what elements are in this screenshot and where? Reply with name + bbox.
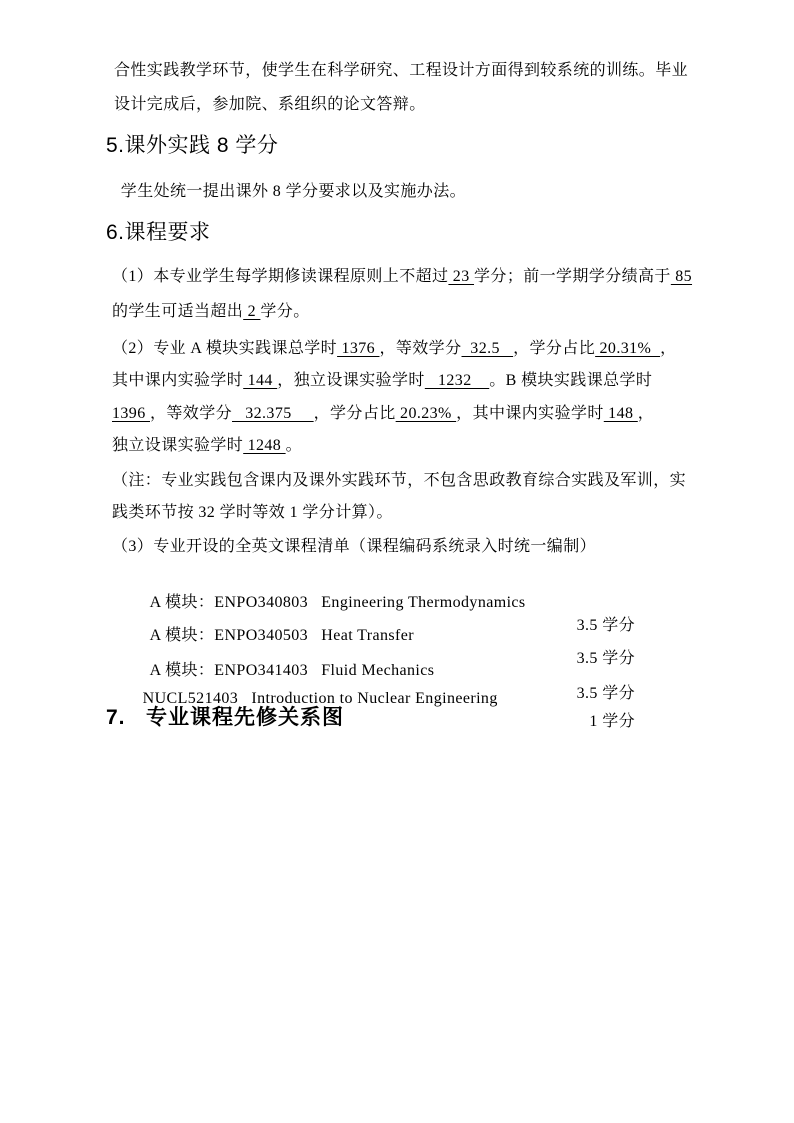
text-segment: ，等效学分 xyxy=(150,405,232,422)
text-segment: ，学分占比 xyxy=(314,405,396,422)
document-page: 合性实践教学环节，使学生在科学研究、工程设计方面得到较系统的训练。毕业 设计完成… xyxy=(0,0,794,1123)
text-segment: ，等效学分 xyxy=(379,340,461,357)
underlined-blank-value: 85 xyxy=(671,268,692,285)
underlined-blank-value: 32.5 xyxy=(462,340,514,357)
course-credit: 1 学分 xyxy=(557,708,635,731)
text-segment: 的学生可适当超出 xyxy=(112,303,243,320)
text-segment: 其中课内实验学时 xyxy=(112,372,243,389)
para-2-line-4: 独立设课实验学时 1248 。 xyxy=(112,436,302,455)
underlined-blank-value: 20.23% xyxy=(396,405,457,422)
note-line-2: 践类环节按 32 学时等效 1 学分计算）。 xyxy=(112,503,393,522)
text-segment: 独立设课实验学时 xyxy=(112,437,243,454)
text-segment: ， xyxy=(660,340,676,357)
para-1-line-1: （1）本专业学生每学期修读课程原则上不超过 23 学分；前一学期学分绩高于 85 xyxy=(112,267,692,286)
text-segment: ，独立设课实验学时 xyxy=(277,372,425,389)
course-row: A 模块：ENPO340503 Heat Transfer 3.5 学分 xyxy=(112,604,694,624)
intro-paragraph-line-2: 设计完成后，参加院、系组织的论文答辩。 xyxy=(114,95,426,114)
text-segment: 。 xyxy=(286,437,302,454)
text-segment: ，其中课内实验学时 xyxy=(456,405,604,422)
text-segment: （1）本专业学生每学期修读课程原则上不超过 xyxy=(112,268,448,285)
para-2-line-2: 其中课内实验学时 144 ，独立设课实验学时 1232 。B 模块实践课总学时 xyxy=(112,371,652,390)
text-segment: 学分。 xyxy=(260,303,309,320)
underlined-blank-value: 20.31% xyxy=(595,340,660,357)
course-row: A 模块：ENPO341403 Fluid Mechanics 3.5 学分 xyxy=(112,639,694,659)
underlined-blank-value: 144 xyxy=(243,372,277,389)
underlined-blank-value: 1232 xyxy=(425,372,489,389)
course-row: A 模块：ENPO340803 Engineering Thermodynami… xyxy=(112,571,694,591)
underlined-blank-value: 1376 xyxy=(337,340,379,357)
text-segment: ， xyxy=(638,405,654,422)
course-row: NUCL521403 Introduction to Nuclear Engin… xyxy=(112,672,694,692)
text-segment: 。B 模块实践课总学时 xyxy=(489,372,652,389)
text-segment: ，学分占比 xyxy=(513,340,595,357)
para-3-line: （3）专业开设的全英文课程清单（课程编码系统录入时统一编制） xyxy=(112,537,596,556)
underlined-blank-value: 2 xyxy=(243,303,260,320)
text-segment: 学分；前一学期学分绩高于 xyxy=(474,268,671,285)
section-6-heading: 6.课程要求 xyxy=(106,220,211,245)
underlined-blank-value: 1396 xyxy=(112,405,150,422)
para-1-line-2: 的学生可适当超出 2 学分。 xyxy=(112,302,310,321)
underlined-blank-value: 32.375 xyxy=(232,405,314,422)
intro-paragraph-line-1: 合性实践教学环节，使学生在科学研究、工程设计方面得到较系统的训练。毕业 xyxy=(114,61,688,80)
note-line-1: （注：专业实践包含课内及课外实践环节，不包含思政教育综合实践及军训，实 xyxy=(112,471,686,490)
underlined-blank-value: 23 xyxy=(448,268,474,285)
underlined-blank-value: 148 xyxy=(604,405,638,422)
text-segment: （2）专业 A 模块实践课总学时 xyxy=(112,340,337,357)
underlined-blank-value: 1248 xyxy=(243,437,285,454)
section-5-body: 学生处统一提出课外 8 学分要求以及实施办法。 xyxy=(112,182,466,201)
section-7-heading: 7. 专业课程先修关系图 xyxy=(106,705,344,730)
para-2-line-3: 1396 ，等效学分 32.375 ，学分占比 20.23% ，其中课内实验学时… xyxy=(112,404,654,423)
section-5-heading: 5.课外实践 8 学分 xyxy=(106,133,278,158)
para-2-line-1: （2）专业 A 模块实践课总学时 1376 ，等效学分 32.5 ，学分占比 2… xyxy=(112,339,676,358)
